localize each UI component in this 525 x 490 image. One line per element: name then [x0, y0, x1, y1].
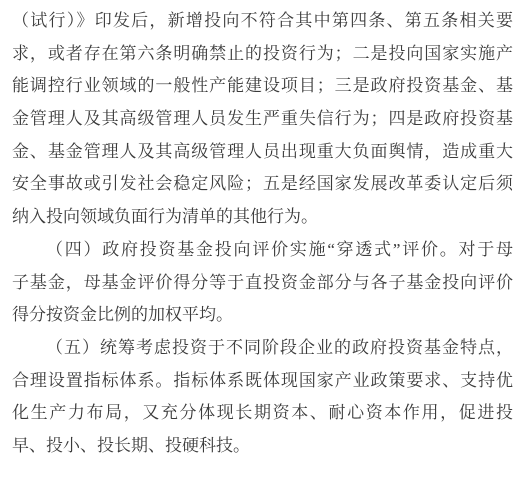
text-line: 得分按资金比例的加权平均。	[12, 299, 513, 332]
paragraph: （五）统筹考虑投资于不同阶段企业的政府投资基金特点，合理设置指标体系。指标体系既…	[12, 332, 513, 463]
paragraph: （试行）》印发后，新增投向不符合其中第四条、第五条相关要求，或者存在第六条明确禁…	[12, 5, 513, 234]
text-line: 能调控行业领域的一般性产能建设项目；三是政府投资基金、基	[12, 70, 513, 103]
text-line: 求，或者存在第六条明确禁止的投资行为；二是投向国家实施产	[12, 38, 513, 71]
text-line: （五）统筹考虑投资于不同阶段企业的政府投资基金特点，	[12, 332, 513, 365]
text-line: （试行）》印发后，新增投向不符合其中第四条、第五条相关要	[12, 5, 513, 38]
text-line: 金管理人及其高级管理人员发生严重失信行为；四是政府投资基	[12, 103, 513, 136]
text-line: 金、基金管理人及其高级管理人员出现重大负面舆情，造成重大	[12, 136, 513, 169]
text-line: 早、投小、投长期、投硬科技。	[12, 430, 513, 463]
document-page: （试行）》印发后，新增投向不符合其中第四条、第五条相关要求，或者存在第六条明确禁…	[0, 0, 525, 490]
text-line: 纳入投向领域负面行为清单的其他行为。	[12, 201, 513, 234]
text-line: 化生产力布局，又充分体现长期资本、耐心资本作用，促进投	[12, 397, 513, 430]
text-line: 子基金，母基金评价得分等于直投资金部分与各子基金投向评价	[12, 267, 513, 300]
paragraph: （四）政府投资基金投向评价实施“穿透式”评价。对于母子基金，母基金评价得分等于直…	[12, 234, 513, 332]
text-line: （四）政府投资基金投向评价实施“穿透式”评价。对于母	[12, 234, 513, 267]
text-line: 合理设置指标体系。指标体系既体现国家产业政策要求、支持优	[12, 365, 513, 398]
text-line: 安全事故或引发社会稳定风险；五是经国家发展改革委认定后须	[12, 168, 513, 201]
